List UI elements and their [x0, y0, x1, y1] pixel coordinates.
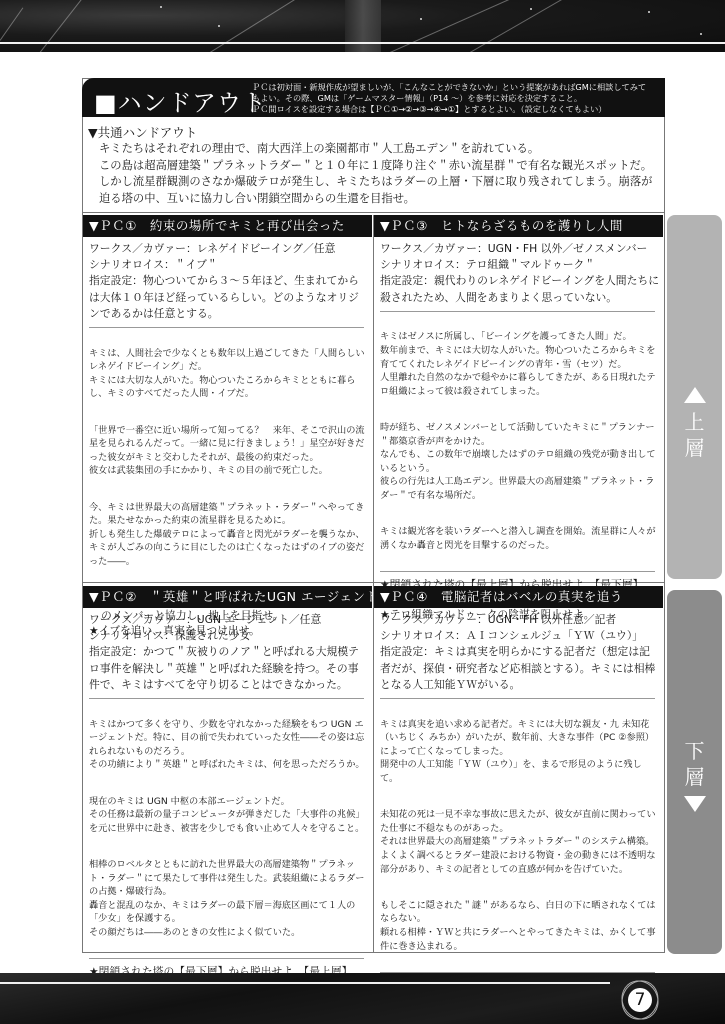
side-tab-upper-floor[interactable]: 上 層 [667, 215, 722, 579]
common-line: しかし流星群観測のさなか爆破テロが発生し、キミたちはラダーの上層・下層に取り残さ… [99, 174, 660, 191]
divider [82, 212, 665, 213]
arrow-down-icon [684, 796, 706, 812]
story-paragraph: 「世界で一番空に近い場所って知ってる？ 来年、そこで沢山の流星を見られるんだって… [89, 424, 368, 478]
spec-setting: 指定設定：かつて＂灰被りのノア＂と呼ばれる大規模テロ事件を解決し＂英雄＂と呼ばれ… [89, 644, 368, 693]
top-rule [0, 42, 725, 44]
spec-scenario-lois: シナリオロイス：ＡＩコンシェルジュ「ＹＷ（ユウ）」 [380, 628, 659, 644]
pc1-story: キミは、人間社会で少なくとも数年以上過ごしてきた「人間らしいレネゲイドビーイング… [83, 333, 372, 582]
divider [380, 698, 655, 699]
divider [380, 311, 655, 312]
handout-note: ＰＣは初対面・新規作成が望ましいが、「こんなことができないか」という提案があれば… [252, 82, 662, 114]
pc4-handout: ▼ＰＣ④ 電脳記者はバベルの真実を追う ワークス／カヴァー：UGN・FH 以外任… [374, 586, 663, 1023]
note-line: もよい。その際、GMは「ゲームマスター情報」（P14 〜）を参考に対応を決定する… [252, 93, 662, 104]
handout-header: ■ハンドアウト ＰＣは初対面・新規作成が望ましいが、「こんなことができないか」と… [82, 78, 665, 117]
story-paragraph: キミは、人間社会で少なくとも数年以上過ごしてきた「人間らしいレネゲイドビーイング… [89, 347, 368, 401]
pc3-handout: ▼ＰＣ③ ヒトならざるものを護りし人間 ワークス／カヴァー：UGN・FH 以外／… [374, 215, 663, 622]
story-paragraph: キミは真実を追い求める記者だ。キミには大切な親友・九 未知花（いちじく みちか）… [380, 718, 659, 786]
pc4-header: ▼ＰＣ④ 電脳記者はバベルの真実を追う [374, 586, 663, 608]
pc1-header: ▼ＰＣ① 約束の場所でキミと再び出会った [83, 215, 372, 237]
story-paragraph: もしそこに隠された＂謎＂があるなら、白日の下に晒されなくてはならない。 頼れる相… [380, 899, 659, 953]
bottom-rule [0, 982, 610, 984]
pc4-story: キミは真実を追い求める記者だ。キミには大切な親友・九 未知花（いちじく みちか）… [374, 704, 663, 967]
spec-scenario-lois: シナリオロイス：＂イブ＂ [89, 257, 368, 273]
pc2-header: ▼ＰＣ② ＂英雄＂と呼ばれたUGN エージェント [83, 586, 372, 608]
divider [89, 698, 364, 699]
common-handout: ▼共通ハンドアウト キミたちはそれぞれの理由で、南大西洋上の楽園都市＂人工島エデ… [88, 125, 660, 207]
story-paragraph: キミはゼノスに所属し、「ビーイングを護ってきた人間」だ。 数年前まで、キミには大… [380, 330, 659, 398]
note-line: ＰＣ間ロイスを設定する場合は【ＰＣ①→②→③→④→①】とするとよい。（設定しなく… [252, 104, 662, 115]
spec-scenario-lois: シナリオロイス：保護された少女 [89, 628, 368, 644]
common-handout-title: ▼共通ハンドアウト [88, 125, 660, 141]
bottom-banner [0, 973, 725, 1024]
arrow-up-icon [684, 387, 706, 403]
divider [89, 327, 364, 328]
divider [89, 958, 364, 959]
tower-silhouette [345, 0, 381, 52]
pc1-spec: ワークス／カヴァー：レネゲイドビーイング／任意 シナリオロイス：＂イブ＂ 指定設… [83, 237, 372, 322]
divider [380, 571, 655, 572]
pc2-handout: ▼ＰＣ② ＂英雄＂と呼ばれたUGN エージェント ワークス／カヴァー：UGN エ… [83, 586, 372, 1009]
pc1-handout: ▼ＰＣ① 約束の場所でキミと再び出会った ワークス／カヴァー：レネゲイドビーイン… [83, 215, 372, 638]
side-tab-lower-floor[interactable]: 下 層 [667, 590, 722, 954]
spec-setting: 指定設定：キミは真実を明らかにする記者だ（想定は記者だが、探偵・研究者など応相談… [380, 644, 659, 693]
pc2-story: キミはかつて多くを守り、少数を守れなかった経験をもつ UGN エージェントだ。特… [83, 704, 372, 953]
story-paragraph: 未知花の死は一見不幸な事故に思えたが、彼女が直前に関わっていた仕事に不穏なものが… [380, 808, 659, 876]
spec-works: ワークス／カヴァー：UGN・FH 以外／ゼノスメンバー [380, 241, 659, 257]
spec-setting: 指定設定：物心ついてから３〜５年ほど、生まれてからは大体１０年ほど経っているらし… [89, 273, 368, 322]
story-paragraph: 時が経ち、ゼノスメンバーとして活動していたキミに＂プランナー＂都築京香が声をかけ… [380, 421, 659, 503]
story-paragraph: 今、キミは世界最大の高層建築＂プラネット・ラダー＂へやってきた。果たせなかった約… [89, 501, 368, 569]
common-line: この島は超高層建築＂プラネットラダー＂と１０年に１度降り注ぐ＂赤い流星群＂で有名… [99, 158, 660, 175]
spec-works: ワークス／カヴァー：UGN・FH 以外任意／記者 [380, 612, 659, 628]
note-line: ＰＣは初対面・新規作成が望ましいが、「こんなことができないか」という提案があれば… [252, 82, 662, 93]
spec-setting: 指定設定：親代わりのレネゲイドビーイングを人間たちに殺されたため、人間をあまりよ… [380, 273, 659, 305]
spec-scenario-lois: シナリオロイス：テロ組織＂マルドゥーク＂ [380, 257, 659, 273]
common-line: 迫る塔の中、互いに協力し合い閉鎖空間からの生還を目指せ。 [99, 191, 660, 208]
side-tab-lower-label: 下 層 [667, 738, 722, 790]
common-line: キミたちはそれぞれの理由で、南大西洋上の楽園都市＂人工島エデン＂を訪れている。 [99, 141, 660, 158]
pc2-spec: ワークス／カヴァー：UGN エージェント／任意 シナリオロイス：保護された少女 … [83, 608, 372, 693]
common-handout-body: キミたちはそれぞれの理由で、南大西洋上の楽園都市＂人工島エデン＂を訪れている。 … [88, 141, 660, 207]
story-paragraph: 相棒のロベルタとともに訪れた世界最大の高層建築物＂プラネット・ラダー＂にて果たし… [89, 858, 368, 940]
story-paragraph: キミは観光客を装いラダーへと潜入し調査を開始。流星群に人々が湧くなか轟音と閃光を… [380, 525, 659, 552]
pc4-spec: ワークス／カヴァー：UGN・FH 以外任意／記者 シナリオロイス：ＡＩコンシェル… [374, 608, 663, 693]
spec-works: ワークス／カヴァー：レネゲイドビーイング／任意 [89, 241, 368, 257]
pc3-spec: ワークス／カヴァー：UGN・FH 以外／ゼノスメンバー シナリオロイス：テロ組織… [374, 237, 663, 306]
story-paragraph: キミはかつて多くを守り、少数を守れなかった経験をもつ UGN エージェントだ。特… [89, 718, 368, 772]
spec-works: ワークス／カヴァー：UGN エージェント／任意 [89, 612, 368, 628]
side-tab-upper-label: 上 層 [667, 409, 722, 461]
pc3-header: ▼ＰＣ③ ヒトならざるものを護りし人間 [374, 215, 663, 237]
top-starfield-banner [0, 0, 725, 52]
story-paragraph: 現在のキミは UGN 中枢の本部エージェントだ。 その任務は最新の量子コンピュー… [89, 795, 368, 836]
page-number: 7 [628, 988, 652, 1012]
handout-title: ■ハンドアウト [94, 83, 267, 118]
pc3-story: キミはゼノスに所属し、「ビーイングを護ってきた人間」だ。 数年前まで、キミには大… [374, 317, 663, 566]
